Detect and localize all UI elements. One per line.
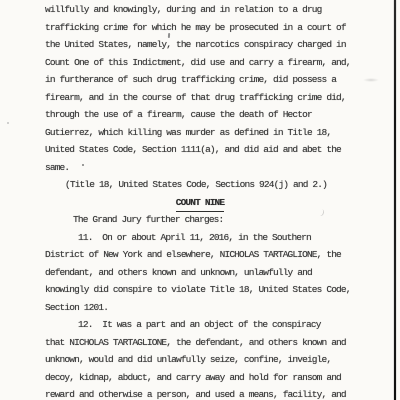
paragraph-11-line: knowingly did conspire to violate Title … [45,281,355,299]
body-line: through the use of a firearm, cause the … [45,106,355,124]
paragraph-11-line: Section 1201. [45,299,355,317]
body-line: Gutierrez, which killing was murder as d… [45,124,355,142]
scanned-court-document-page: willfully and knowingly, during and in r… [0,0,400,400]
body-line: firearm, and in the course of that drug … [45,89,355,107]
paragraph-12-line: 12. It was a part and an object of the c… [45,316,355,334]
scan-artifact-smudge [363,78,379,82]
paragraph-11-line: 11. On or about April 11, 2016, in the S… [45,229,355,247]
body-line: Count One of this Indictment, did use an… [45,54,355,72]
grand-jury-intro-line: The Grand Jury further charges: [45,211,355,229]
paragraph-11-line: District of New York and elsewhere, NICH… [45,246,355,264]
body-line: the United States, namely, the narcotics… [45,36,355,54]
body-line: same. [45,159,355,177]
body-line: in furtherance of such drug trafficking … [45,71,355,89]
body-line: trafficking crime for which he may be pr… [45,19,355,37]
paragraph-12-line: decoy, kidnap, abduct, and carry away an… [45,369,355,387]
scan-page-edge-line [394,0,396,400]
body-line: United States Code, Section 1111(a), and… [45,141,355,159]
paragraph-11-line: defendant, and others known and unknown,… [45,264,355,282]
document-text-block: willfully and knowingly, during and in r… [45,1,355,400]
paragraph-12-line: unknown, would and did unlawfully seize,… [45,351,355,369]
scan-artifact-speck [7,122,9,124]
body-line: willfully and knowingly, during and in r… [45,1,355,19]
count-nine-heading: COUNT NINE [45,194,355,212]
paragraph-12-line: that NICHOLAS TARTAGLIONE, the defendant… [45,334,355,352]
count-nine-heading-text: COUNT NINE [176,194,225,213]
paragraph-12-line: reward and otherwise a person, and used … [45,386,355,400]
statute-citation: (Title 18, United States Code, Sections … [45,176,355,194]
